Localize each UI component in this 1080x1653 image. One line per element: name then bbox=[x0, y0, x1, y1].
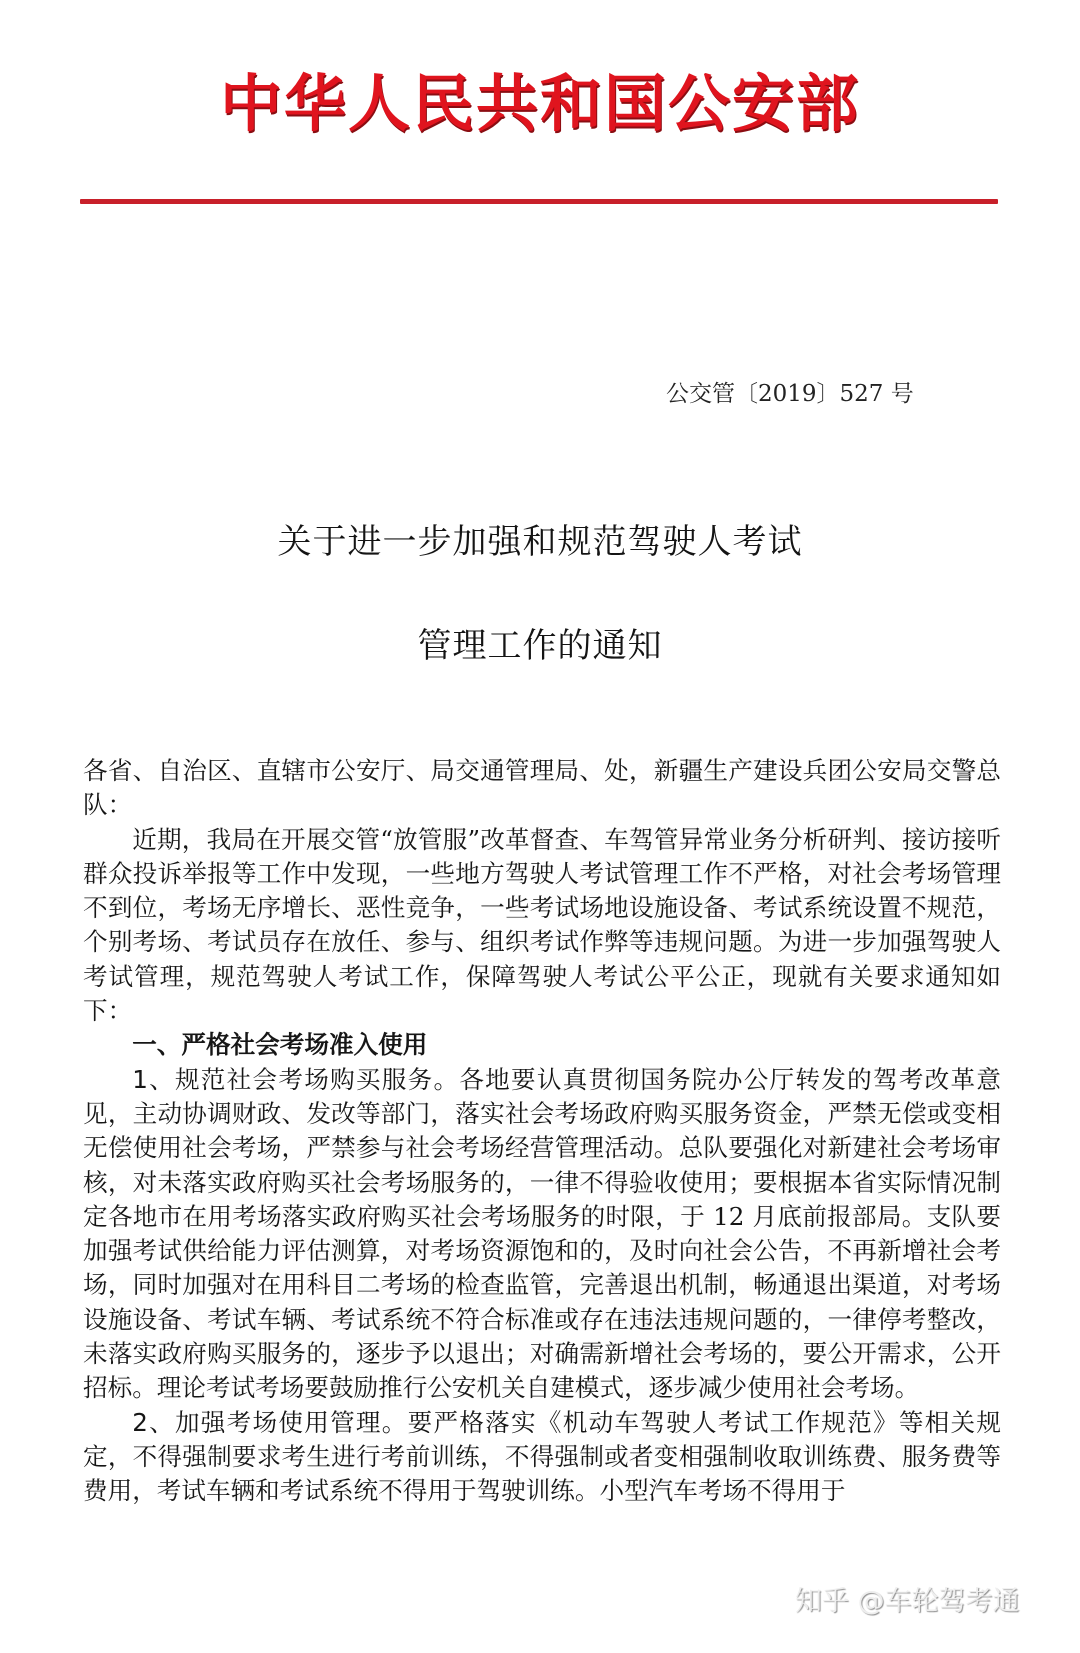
zhihu-watermark: 知乎 @车轮驾考通 bbox=[795, 1584, 1020, 1620]
section-1-item-1: 1、规范社会考场购买服务。各地要认真贯彻国务院办公厅转发的驾考改革意见，主动协调… bbox=[83, 1063, 1001, 1406]
red-header-rule bbox=[80, 199, 998, 204]
item-text: 各地要认真贯彻国务院办公厅转发的驾考改革意见，主动协调财政、发改等部门，落实社会… bbox=[83, 1065, 1001, 1403]
document-body: 各省、自治区、直辖市公安厅、局交通管理局、处，新疆生产建设兵团公安局交警总队： … bbox=[83, 754, 1001, 1509]
document-title-line-1: 关于进一步加强和规范驾驶人考试 bbox=[0, 520, 1080, 564]
addressee: 各省、自治区、直辖市公安厅、局交通管理局、处，新疆生产建设兵团公安局交警总队： bbox=[83, 754, 1001, 823]
document-title-line-2: 管理工作的通知 bbox=[0, 624, 1080, 668]
item-lead: 2、加强考场使用管理。 bbox=[132, 1408, 407, 1437]
document-page: 中华人民共和国公安部 公交管〔2019〕527 号 关于进一步加强和规范驾驶人考… bbox=[0, 0, 1080, 1653]
section-1-item-2: 2、加强考场使用管理。要严格落实《机动车驾驶人考试工作规范》等相关规定，不得强制… bbox=[83, 1406, 1001, 1509]
item-lead: 1、规范社会考场购买服务。 bbox=[132, 1065, 459, 1094]
issuer-header: 中华人民共和国公安部 bbox=[0, 66, 1080, 142]
section-heading-1: 一、严格社会考场准入使用 bbox=[83, 1028, 1001, 1062]
intro-paragraph: 近期，我局在开展交管“放管服”改革督查、车驾管异常业务分析研判、接访接听群众投诉… bbox=[83, 823, 1001, 1029]
document-number: 公交管〔2019〕527 号 bbox=[666, 378, 914, 410]
